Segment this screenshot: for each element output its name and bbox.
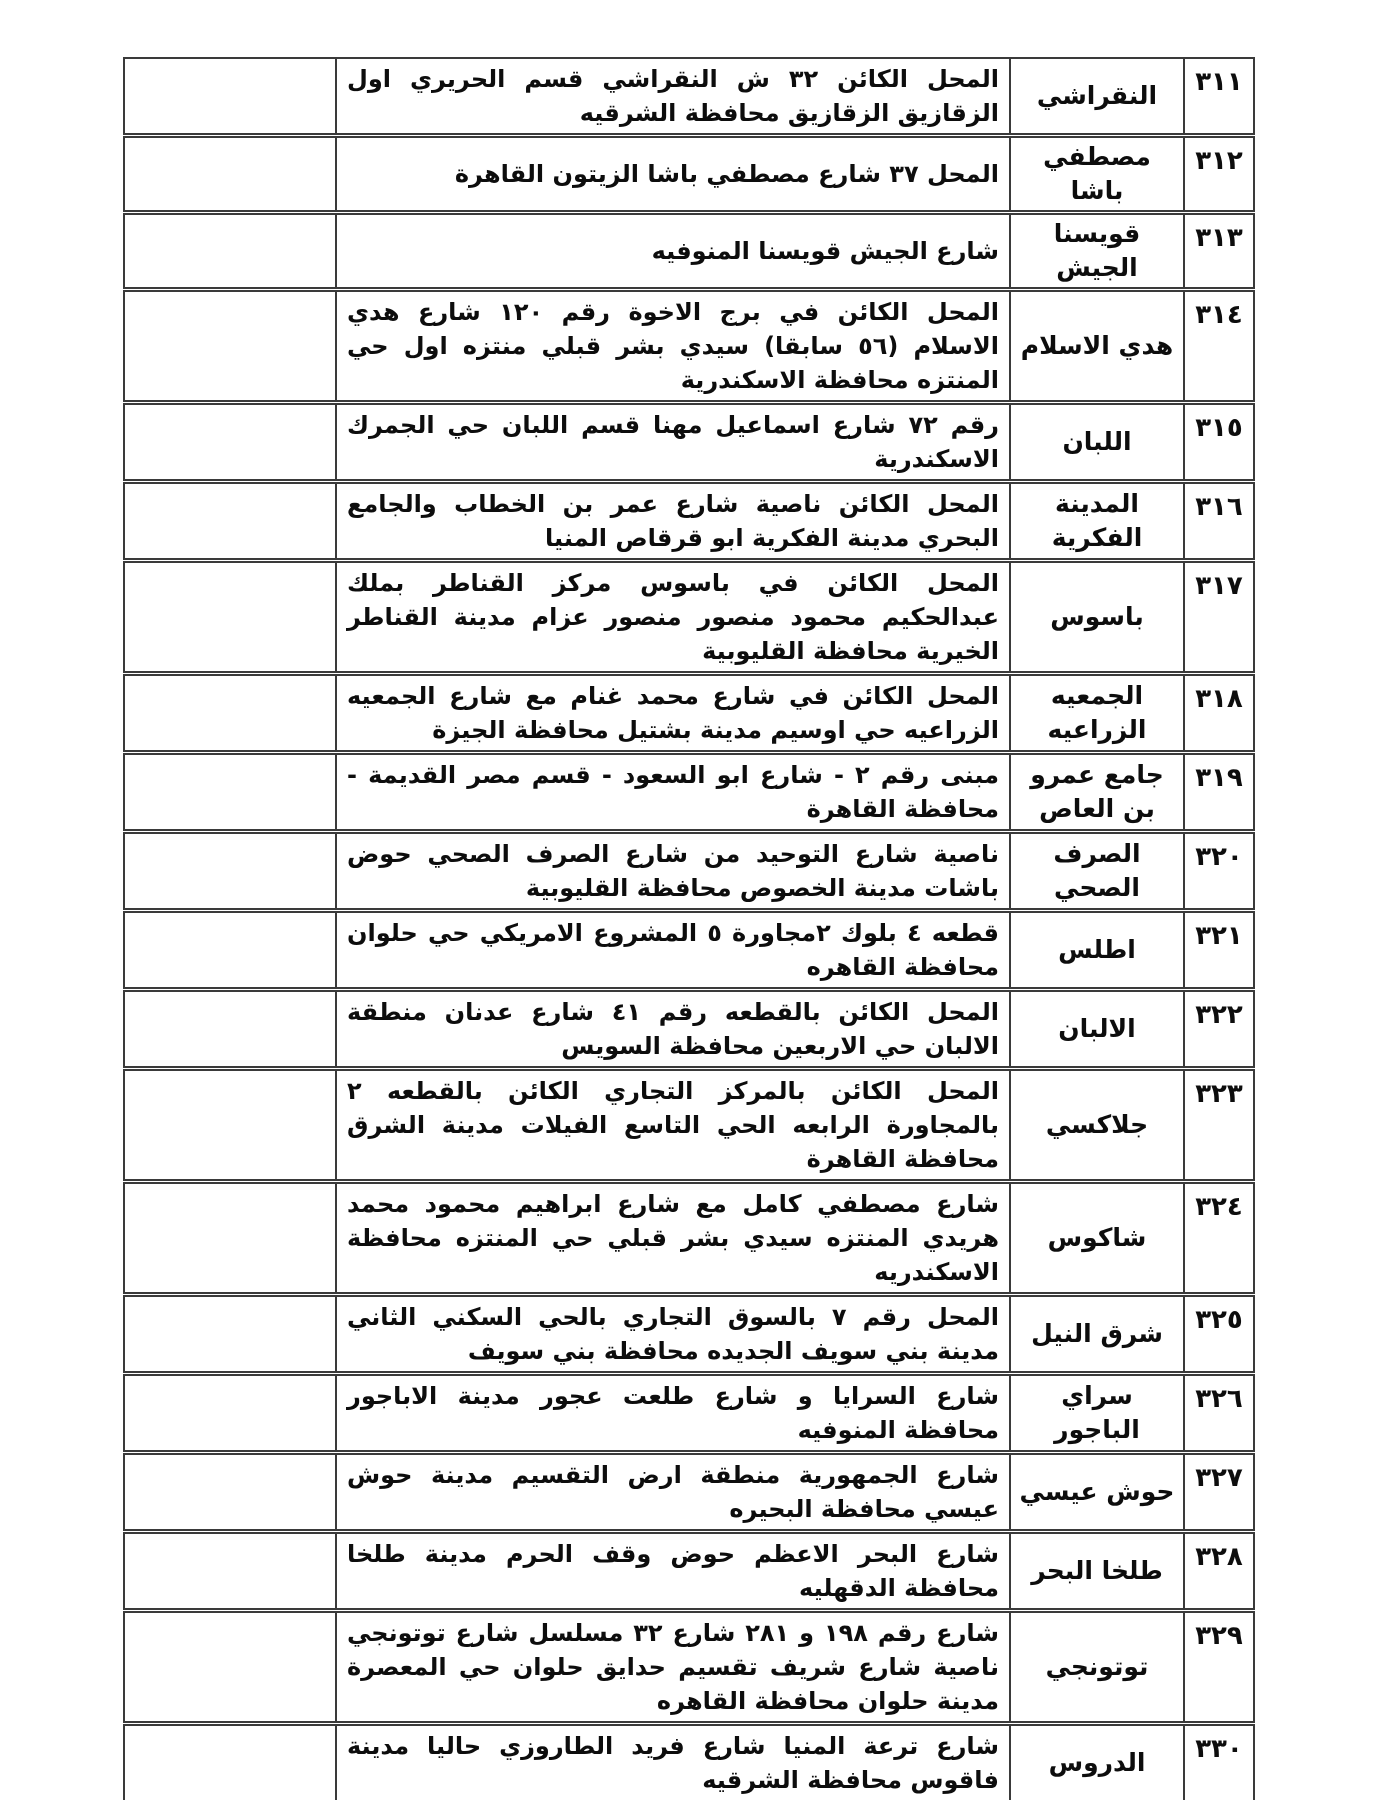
entry-name-cell: النقراشي — [1010, 58, 1184, 136]
notes-empty-cell — [124, 213, 336, 290]
row-number-cell: ٣٣٠ — [1184, 1724, 1254, 1800]
entry-name-cell: هدي الاسلام — [1010, 290, 1184, 403]
notes-empty-cell — [124, 1069, 336, 1182]
entry-name-cell: جامع عمرو بن العاص — [1010, 753, 1184, 832]
row-number-cell: ٣٢٨ — [1184, 1532, 1254, 1611]
entry-address-cell: شارع البحر الاعظم حوض وقف الحرم مدينة طل… — [336, 1532, 1010, 1611]
table-row: ٣٢٠ الصرف الصحي ناصية شارع التوحيد من شا… — [124, 832, 1254, 911]
entry-name-cell: المدينة الفكرية — [1010, 482, 1184, 561]
table-row: ٣١٢ مصطفي باشا المحل ٣٧ شارع مصطفي باشا … — [124, 136, 1254, 213]
notes-empty-cell — [124, 561, 336, 674]
row-number-cell: ٣٢٢ — [1184, 990, 1254, 1069]
table-row: ٣٢٦ سراي الباجور شارع السرايا و شارع طلع… — [124, 1374, 1254, 1453]
entry-address-cell: المحل الكائن في برج الاخوة رقم ١٢٠ شارع … — [336, 290, 1010, 403]
table-row: ٣١٩ جامع عمرو بن العاص مبنى رقم ٢ - شارع… — [124, 753, 1254, 832]
entry-address-cell: المحل الكائن في شارع محمد غنام مع شارع ا… — [336, 674, 1010, 753]
entry-address-cell: شارع مصطفي كامل مع شارع ابراهيم محمود مح… — [336, 1182, 1010, 1295]
entry-name-cell: اطلس — [1010, 911, 1184, 990]
notes-empty-cell — [124, 58, 336, 136]
row-number-cell: ٣١٣ — [1184, 213, 1254, 290]
table-row: ٣٢٥ شرق النيل المحل رقم ٧ بالسوق التجاري… — [124, 1295, 1254, 1374]
notes-empty-cell — [124, 1724, 336, 1800]
row-number-cell: ٣٢٠ — [1184, 832, 1254, 911]
entry-name-cell: طلخا البحر — [1010, 1532, 1184, 1611]
entry-name-cell: الالبان — [1010, 990, 1184, 1069]
table-row: ٣١٣ قويسنا الجيش شارع الجيش قويسنا المنو… — [124, 213, 1254, 290]
row-number-cell: ٣٢٩ — [1184, 1611, 1254, 1724]
notes-empty-cell — [124, 832, 336, 911]
notes-empty-cell — [124, 136, 336, 213]
table-row: ٣٢١ اطلس قطعه ٤ بلوك ٢مجاورة ٥ المشروع ا… — [124, 911, 1254, 990]
table-row: ٣٢٢ الالبان المحل الكائن بالقطعه رقم ٤١ … — [124, 990, 1254, 1069]
entry-address-cell: قطعه ٤ بلوك ٢مجاورة ٥ المشروع الامريكي ح… — [336, 911, 1010, 990]
entry-name-cell: قويسنا الجيش — [1010, 213, 1184, 290]
entry-address-cell: المحل رقم ٧ بالسوق التجاري بالحي السكني … — [336, 1295, 1010, 1374]
notes-empty-cell — [124, 1182, 336, 1295]
row-number-cell: ٣١٥ — [1184, 403, 1254, 482]
entry-name-cell: مصطفي باشا — [1010, 136, 1184, 213]
entry-name-cell: اللبان — [1010, 403, 1184, 482]
table-row: ٣٣٠ الدروس شارع ترعة المنيا شارع فريد ال… — [124, 1724, 1254, 1800]
table-row: ٣١٦ المدينة الفكرية المحل الكائن ناصية ش… — [124, 482, 1254, 561]
table-row: ٣١٧ باسوس المحل الكائن في باسوس مركز الق… — [124, 561, 1254, 674]
entry-address-cell: المحل الكائن في باسوس مركز القناطر بملك … — [336, 561, 1010, 674]
entry-name-cell: الصرف الصحي — [1010, 832, 1184, 911]
table-row: ٣٢٨ طلخا البحر شارع البحر الاعظم حوض وقف… — [124, 1532, 1254, 1611]
notes-empty-cell — [124, 1453, 336, 1532]
entry-name-cell: توتونجي — [1010, 1611, 1184, 1724]
table-row: ٣٢٧ حوش عيسي شارع الجمهورية منطقة ارض ال… — [124, 1453, 1254, 1532]
row-number-cell: ٣٢٦ — [1184, 1374, 1254, 1453]
entry-name-cell: الدروس — [1010, 1724, 1184, 1800]
document-page: ٣١١ النقراشي المحل الكائن ٣٢ ش النقراشي … — [0, 0, 1391, 1800]
entry-address-cell: المحل الكائن ناصية شارع عمر بن الخطاب وا… — [336, 482, 1010, 561]
row-number-cell: ٣٢٧ — [1184, 1453, 1254, 1532]
notes-empty-cell — [124, 911, 336, 990]
entry-address-cell: شارع رقم ١٩٨ و ٢٨١ شارع ٣٢ مسلسل شارع تو… — [336, 1611, 1010, 1724]
notes-empty-cell — [124, 990, 336, 1069]
table-row: ٣٢٩ توتونجي شارع رقم ١٩٨ و ٢٨١ شارع ٣٢ م… — [124, 1611, 1254, 1724]
notes-empty-cell — [124, 674, 336, 753]
notes-empty-cell — [124, 290, 336, 403]
entry-name-cell: سراي الباجور — [1010, 1374, 1184, 1453]
notes-empty-cell — [124, 1611, 336, 1724]
entry-address-cell: شارع ترعة المنيا شارع فريد الطاروزي حالي… — [336, 1724, 1010, 1800]
table-row: ٣١٥ اللبان رقم ٧٢ شارع اسماعيل مهنا قسم … — [124, 403, 1254, 482]
entry-name-cell: جلاكسي — [1010, 1069, 1184, 1182]
notes-empty-cell — [124, 1374, 336, 1453]
row-number-cell: ٣٢٤ — [1184, 1182, 1254, 1295]
locations-table: ٣١١ النقراشي المحل الكائن ٣٢ ش النقراشي … — [123, 57, 1255, 1800]
row-number-cell: ٣١٧ — [1184, 561, 1254, 674]
notes-empty-cell — [124, 1532, 336, 1611]
row-number-cell: ٣١٤ — [1184, 290, 1254, 403]
entry-address-cell: ناصية شارع التوحيد من شارع الصرف الصحي ح… — [336, 832, 1010, 911]
entry-address-cell: مبنى رقم ٢ - شارع ابو السعود - قسم مصر ا… — [336, 753, 1010, 832]
row-number-cell: ٣١٢ — [1184, 136, 1254, 213]
row-number-cell: ٣٢٣ — [1184, 1069, 1254, 1182]
entry-name-cell: شرق النيل — [1010, 1295, 1184, 1374]
entry-name-cell: الجمعيه الزراعيه — [1010, 674, 1184, 753]
row-number-cell: ٣٢١ — [1184, 911, 1254, 990]
table-row: ٣١٤ هدي الاسلام المحل الكائن في برج الاخ… — [124, 290, 1254, 403]
row-number-cell: ٣١٦ — [1184, 482, 1254, 561]
entry-address-cell: المحل ٣٧ شارع مصطفي باشا الزيتون القاهرة — [336, 136, 1010, 213]
entry-address-cell: المحل الكائن بالقطعه رقم ٤١ شارع عدنان م… — [336, 990, 1010, 1069]
table-row: ٣٢٤ شاكوس شارع مصطفي كامل مع شارع ابراهي… — [124, 1182, 1254, 1295]
notes-empty-cell — [124, 753, 336, 832]
entry-name-cell: باسوس — [1010, 561, 1184, 674]
entry-address-cell: رقم ٧٢ شارع اسماعيل مهنا قسم اللبان حي ا… — [336, 403, 1010, 482]
notes-empty-cell — [124, 1295, 336, 1374]
entry-address-cell: شارع الجمهورية منطقة ارض التقسيم مدينة ح… — [336, 1453, 1010, 1532]
row-number-cell: ٣١٩ — [1184, 753, 1254, 832]
entry-address-cell: شارع الجيش قويسنا المنوفيه — [336, 213, 1010, 290]
table-body: ٣١١ النقراشي المحل الكائن ٣٢ ش النقراشي … — [124, 58, 1254, 1800]
row-number-cell: ٣٢٥ — [1184, 1295, 1254, 1374]
row-number-cell: ٣١٨ — [1184, 674, 1254, 753]
entry-address-cell: المحل الكائن بالمركز التجاري الكائن بالق… — [336, 1069, 1010, 1182]
notes-empty-cell — [124, 482, 336, 561]
entry-name-cell: شاكوس — [1010, 1182, 1184, 1295]
notes-empty-cell — [124, 403, 336, 482]
entry-address-cell: المحل الكائن ٣٢ ش النقراشي قسم الحريري ا… — [336, 58, 1010, 136]
row-number-cell: ٣١١ — [1184, 58, 1254, 136]
entry-name-cell: حوش عيسي — [1010, 1453, 1184, 1532]
table-row: ٣٢٣ جلاكسي المحل الكائن بالمركز التجاري … — [124, 1069, 1254, 1182]
entry-address-cell: شارع السرايا و شارع طلعت عجور مدينة الاب… — [336, 1374, 1010, 1453]
table-row: ٣١٨ الجمعيه الزراعيه المحل الكائن في شار… — [124, 674, 1254, 753]
table-row: ٣١١ النقراشي المحل الكائن ٣٢ ش النقراشي … — [124, 58, 1254, 136]
